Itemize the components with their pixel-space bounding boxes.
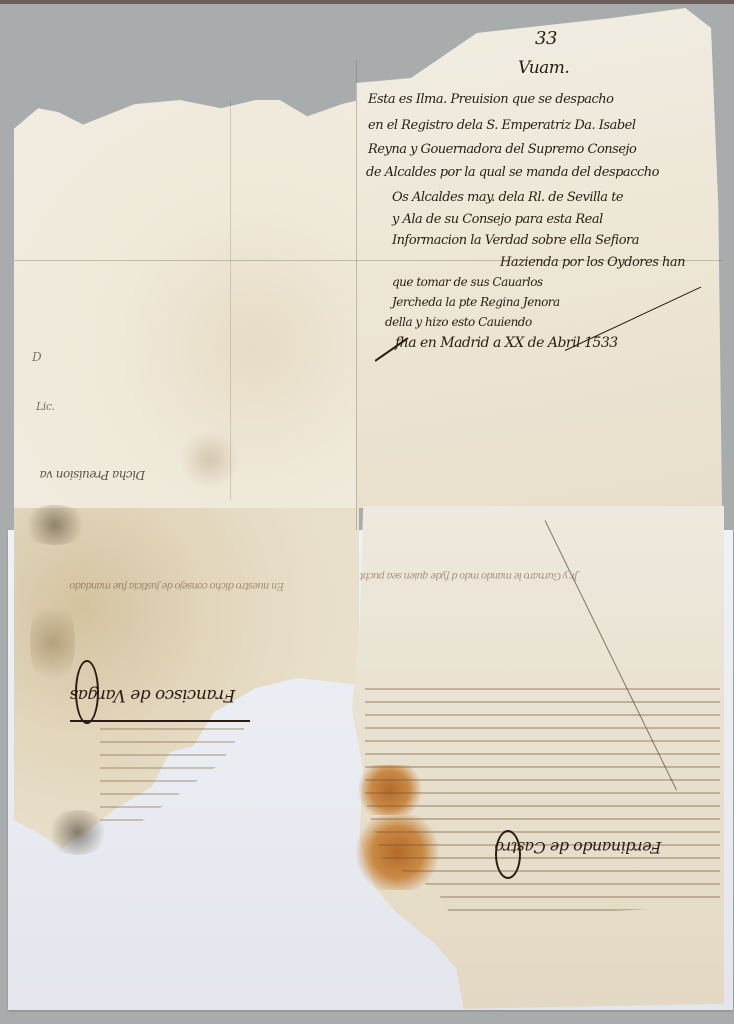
water-stain xyxy=(20,505,90,545)
text-line: Reyna y Gouernadora del Supremo Consejo xyxy=(368,142,636,157)
text-line: de Alcaldes por la qual se manda del des… xyxy=(366,165,659,180)
text-line: y Ala de su Consejo para esta Real xyxy=(392,212,603,227)
margin-note: Dicha Preuision va xyxy=(40,468,145,482)
water-stain xyxy=(30,595,75,690)
text-line: della y hizo esto Cauiendo xyxy=(385,315,532,329)
date-line: fha en Madrid a XX de Abril 1533 xyxy=(395,335,618,351)
signature-underline xyxy=(70,720,250,722)
signature-flourish xyxy=(75,660,99,724)
page-number: 33 xyxy=(535,28,557,49)
reverse-text: En nuestro dicho consejo de justicia fue… xyxy=(70,580,284,591)
water-stain xyxy=(180,430,240,490)
text-line: Hazienda por los Oydores han xyxy=(500,255,685,270)
document-heading: Vuam. xyxy=(518,58,569,78)
signature-flourish xyxy=(495,830,521,879)
text-line: Informacion la Verdad sobre ella Sefiora xyxy=(392,233,639,248)
fold-line-center xyxy=(356,60,357,530)
text-line: que tomar de sus Cauarlos xyxy=(392,275,543,289)
frame-edge xyxy=(0,0,734,4)
margin-note: Lic. xyxy=(36,400,54,413)
text-line: Os Alcaldes may. dela Rl. de Sevilla te xyxy=(392,190,623,205)
text-line: Esta es Ilma. Preuision que se despacho xyxy=(368,92,614,107)
text-line: en el Registro dela S. Emperatriz Da. Is… xyxy=(368,118,636,133)
text-line: Jercheda la pte Regina Jenora xyxy=(392,295,560,309)
margin-note: D xyxy=(32,350,41,364)
reverse-text: Jr y Gurnaro le mando mdo d fyde quien s… xyxy=(360,570,578,581)
